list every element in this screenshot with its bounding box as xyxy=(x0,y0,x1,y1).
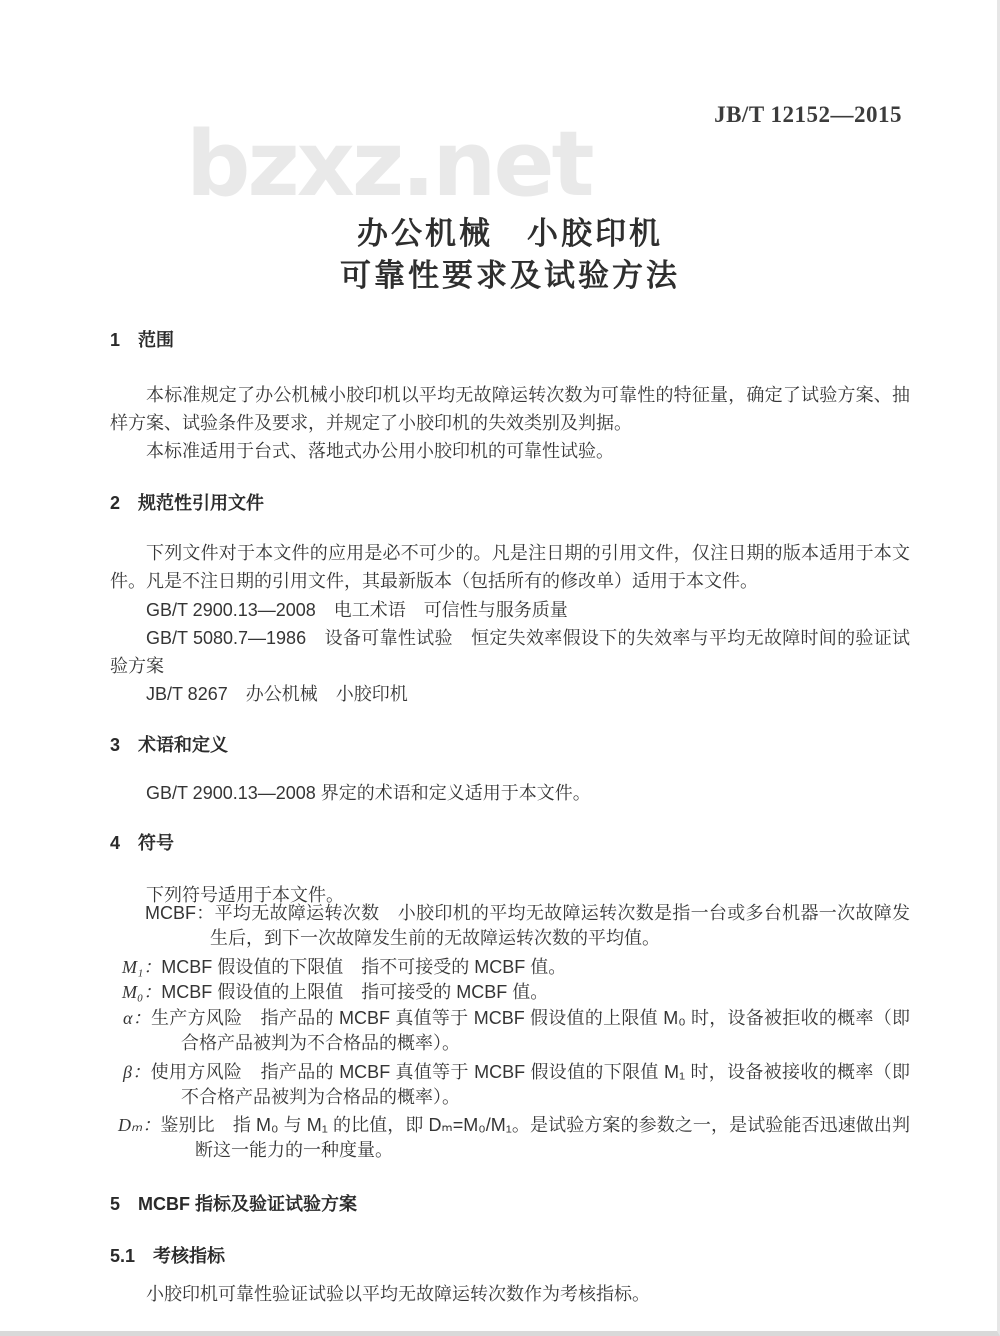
section-5-1-heading: 5.1 考核指标 xyxy=(110,1242,910,1270)
paragraph-scope: 本标准规定了办公机械小胶印机以平均无故障运转次数为可靠性的特征量，确定了试验方案… xyxy=(110,381,910,437)
watermark-text: bzxz.net xyxy=(186,120,592,210)
symbol-label-m1: M₁： xyxy=(122,957,161,977)
symbol-entry-beta: β：使用方风险 指产品的 MCBF 真值等于 MCBF 假设值的下限值 M₁ 时… xyxy=(110,1060,910,1110)
symbol-text-mcbf: 平均无故障运转次数 小胶印机的平均无故障运转次数是指一台或多台机器一次故障发生后… xyxy=(210,903,910,948)
section-2-heading: 2 规范性引用文件 xyxy=(110,489,910,517)
standard-number: JB/T 12152—2015 xyxy=(714,102,902,128)
symbol-entry-m0: M₀：MCBF 假设值的上限值 指可接受的 MCBF 值。 xyxy=(110,980,910,1005)
section-3-heading: 3 术语和定义 xyxy=(110,731,910,759)
symbol-entry-m1: M₁：MCBF 假设值的下限值 指不可接受的 MCBF 值。 xyxy=(110,955,910,980)
symbol-label-dm: Dₘ： xyxy=(118,1115,160,1135)
symbol-entry-dm: Dₘ：鉴别比 指 M₀ 与 M₁ 的比值，即 Dₘ=M₀/M₁。是试验方案的参数… xyxy=(110,1113,910,1163)
symbol-entry-alpha: α：生产方风险 指产品的 MCBF 真值等于 MCBF 假设值的上限值 M₀ 时… xyxy=(110,1006,910,1056)
paragraph-terms: GB/T 2900.13—2008 界定的术语和定义适用于本文件。 xyxy=(110,779,910,807)
symbol-label-alpha: α： xyxy=(123,1008,151,1028)
symbol-label-m0: M₀： xyxy=(122,982,161,1002)
doc-title-line1: 办公机械 小胶印机 xyxy=(10,208,1000,253)
doc-title-line2: 可靠性要求及试验方法 xyxy=(10,250,1000,295)
section-5-heading: 5 MCBF 指标及验证试验方案 xyxy=(110,1190,910,1218)
document-page: JB/T 12152—2015 bzxz.net 办公机械 小胶印机 可靠性要求… xyxy=(0,0,1000,1336)
symbol-text-m1: MCBF 假设值的下限值 指不可接受的 MCBF 值。 xyxy=(161,957,566,977)
section-4-heading: 4 符号 xyxy=(110,829,910,857)
reference-jbt8267: JB/T 8267 办公机械 小胶印机 xyxy=(110,680,910,708)
reference-gbt2900: GB/T 2900.13—2008 电工术语 可信性与服务质量 xyxy=(110,596,910,624)
symbol-text-m0: MCBF 假设值的上限值 指可接受的 MCBF 值。 xyxy=(161,982,548,1002)
reference-gbt5080: GB/T 5080.7—1986 设备可靠性试验 恒定失效率假设下的失效率与平均… xyxy=(110,624,910,680)
symbol-text-alpha: 生产方风险 指产品的 MCBF 真值等于 MCBF 假设值的上限值 M₀ 时，设… xyxy=(151,1008,910,1053)
symbol-text-beta: 使用方风险 指产品的 MCBF 真值等于 MCBF 假设值的下限值 M₁ 时，设… xyxy=(151,1062,910,1107)
paragraph-applicability: 本标准适用于台式、落地式办公用小胶印机的可靠性试验。 xyxy=(110,437,910,465)
symbol-entry-mcbf: MCBF：平均无故障运转次数 小胶印机的平均无故障运转次数是指一台或多台机器一次… xyxy=(110,901,910,951)
symbol-label-beta: β： xyxy=(123,1062,151,1082)
section-1-heading: 1 范围 xyxy=(110,326,910,354)
symbol-label-mcbf: MCBF： xyxy=(145,903,215,923)
paragraph-assessment-index: 小胶印机可靠性验证试验以平均无故障运转次数作为考核指标。 xyxy=(110,1280,910,1308)
paragraph-normative-intro: 下列文件对于本文件的应用是必不可少的。凡是注日期的引用文件，仅注日期的版本适用于… xyxy=(110,539,910,595)
symbol-text-dm: 鉴别比 指 M₀ 与 M₁ 的比值，即 Dₘ=M₀/M₁。是试验方案的参数之一，… xyxy=(160,1115,910,1160)
